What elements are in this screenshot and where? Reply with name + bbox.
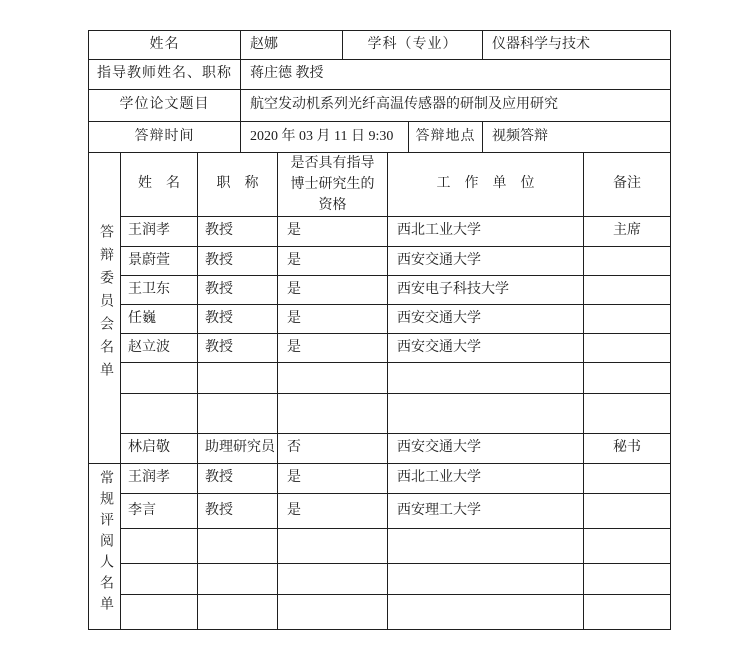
- member-unit: 西安交通大学: [388, 434, 584, 464]
- reviewer-name: [121, 595, 198, 630]
- member-phd: 是: [278, 217, 388, 247]
- member-name: 赵立波: [121, 334, 198, 363]
- member-unit: 西安电子科技大学: [388, 276, 584, 305]
- committee-row: 赵立波 教授 是 西安交通大学: [89, 334, 671, 363]
- committee-section-label-cell: 答辩委员会名单: [89, 153, 121, 464]
- member-unit: 西安交通大学: [388, 334, 584, 363]
- committee-row: 王润孝 教授 是 西北工业大学 主席: [89, 217, 671, 247]
- reviewer-name: [121, 529, 198, 564]
- reviewers-section-label-cell: 常规评阅人名单: [89, 464, 121, 630]
- member-name: 林启敬: [121, 434, 198, 464]
- member-phd: 是: [278, 276, 388, 305]
- reviewer-title: [198, 595, 278, 630]
- reviewer-phd: [278, 595, 388, 630]
- col-header-remark: 备注: [584, 153, 671, 217]
- reviewer-unit: [388, 564, 584, 595]
- member-phd: 是: [278, 334, 388, 363]
- committee-row: 景蔚萱 教授 是 西安交通大学: [89, 247, 671, 276]
- member-name: [121, 394, 198, 434]
- member-title: 教授: [198, 217, 278, 247]
- member-name: 王润孝: [121, 217, 198, 247]
- member-title: [198, 363, 278, 394]
- member-unit: [388, 363, 584, 394]
- reviewer-unit: [388, 529, 584, 564]
- member-unit: [388, 394, 584, 434]
- reviewer-remark: [584, 464, 671, 494]
- info-table: 姓名 赵娜 学科（专业） 仪器科学与技术 指导教师姓名、职称 蒋庄德 教授 学位…: [88, 30, 671, 153]
- reviewer-remark: [584, 529, 671, 564]
- member-remark: [584, 334, 671, 363]
- name-label: 姓名: [89, 31, 241, 60]
- member-title: 教授: [198, 247, 278, 276]
- member-phd: 是: [278, 305, 388, 334]
- member-remark: [584, 394, 671, 434]
- member-remark: [584, 363, 671, 394]
- reviewer-name: 李言: [121, 494, 198, 529]
- member-phd: [278, 363, 388, 394]
- reviewers-section-label: 常规评阅人名单: [95, 470, 114, 617]
- committee-section-label: 答辩委员会名单: [95, 224, 114, 385]
- member-title: 助理研究员: [198, 434, 278, 464]
- thesis-title-value: 航空发动机系列光纤高温传感器的研制及应用研究: [241, 90, 671, 122]
- defense-time-label: 答辩时间: [89, 122, 241, 153]
- reviewer-unit: [388, 595, 584, 630]
- member-phd: 否: [278, 434, 388, 464]
- name-value: 赵娜: [241, 31, 343, 60]
- info-row-thesis: 学位论文题目 航空发动机系列光纤高温传感器的研制及应用研究: [89, 90, 671, 122]
- col-header-name: 姓 名: [121, 153, 198, 217]
- member-title: 教授: [198, 276, 278, 305]
- defense-form: 姓名 赵娜 学科（专业） 仪器科学与技术 指导教师姓名、职称 蒋庄德 教授 学位…: [88, 30, 670, 630]
- member-unit: 西安交通大学: [388, 247, 584, 276]
- member-phd: 是: [278, 247, 388, 276]
- col-header-work-unit: 工 作 单 位: [388, 153, 584, 217]
- col-header-title: 职 称: [198, 153, 278, 217]
- committee-row: 林启敬 助理研究员 否 西安交通大学 秘书: [89, 434, 671, 464]
- reviewer-phd: 是: [278, 494, 388, 529]
- member-name: 景蔚萱: [121, 247, 198, 276]
- reviewer-row-empty: [89, 529, 671, 564]
- member-remark: 秘书: [584, 434, 671, 464]
- committee-header-row: 答辩委员会名单 姓 名 职 称 是否具有指导 博士研究生的 资格 工 作 单 位…: [89, 153, 671, 217]
- info-row-defense: 答辩时间 2020 年 03 月 11 日 9:30 答辩地点 视频答辩: [89, 122, 671, 153]
- committee-row: 任巍 教授 是 西安交通大学: [89, 305, 671, 334]
- advisor-label: 指导教师姓名、职称: [89, 60, 241, 90]
- reviewer-title: [198, 529, 278, 564]
- advisor-value: 蒋庄德 教授: [241, 60, 671, 90]
- member-phd: [278, 394, 388, 434]
- member-title: 教授: [198, 305, 278, 334]
- col-header-phd-qualification: 是否具有指导 博士研究生的 资格: [278, 153, 388, 217]
- committee-row-empty: [89, 363, 671, 394]
- reviewer-row-empty: [89, 564, 671, 595]
- member-name: 王卫东: [121, 276, 198, 305]
- discipline-label: 学科（专业）: [343, 31, 483, 60]
- reviewer-phd: [278, 564, 388, 595]
- reviewer-name: [121, 564, 198, 595]
- reviewer-phd: [278, 529, 388, 564]
- reviewer-unit: 西安理工大学: [388, 494, 584, 529]
- discipline-value: 仪器科学与技术: [483, 31, 671, 60]
- thesis-title-label: 学位论文题目: [89, 90, 241, 122]
- member-remark: [584, 247, 671, 276]
- committee-row: 王卫东 教授 是 西安电子科技大学: [89, 276, 671, 305]
- reviewer-remark: [584, 494, 671, 529]
- reviewer-title: 教授: [198, 464, 278, 494]
- reviewer-row: 李言 教授 是 西安理工大学: [89, 494, 671, 529]
- member-unit: 西北工业大学: [388, 217, 584, 247]
- member-unit: 西安交通大学: [388, 305, 584, 334]
- member-remark: [584, 276, 671, 305]
- reviewer-row-empty: [89, 595, 671, 630]
- committee-row-empty: [89, 394, 671, 434]
- member-name: 任巍: [121, 305, 198, 334]
- member-name: [121, 363, 198, 394]
- member-title: [198, 394, 278, 434]
- reviewer-remark: [584, 595, 671, 630]
- member-title: 教授: [198, 334, 278, 363]
- defense-time-value: 2020 年 03 月 11 日 9:30: [241, 122, 409, 153]
- reviewer-title: [198, 564, 278, 595]
- defense-place-label: 答辩地点: [409, 122, 483, 153]
- committee-table: 答辩委员会名单 姓 名 职 称 是否具有指导 博士研究生的 资格 工 作 单 位…: [88, 152, 671, 630]
- reviewer-name: 王润孝: [121, 464, 198, 494]
- reviewer-unit: 西北工业大学: [388, 464, 584, 494]
- reviewer-row: 常规评阅人名单 王润孝 教授 是 西北工业大学: [89, 464, 671, 494]
- reviewer-phd: 是: [278, 464, 388, 494]
- reviewer-remark: [584, 564, 671, 595]
- reviewer-title: 教授: [198, 494, 278, 529]
- member-remark: 主席: [584, 217, 671, 247]
- member-remark: [584, 305, 671, 334]
- defense-place-value: 视频答辩: [483, 122, 671, 153]
- info-row-name: 姓名 赵娜 学科（专业） 仪器科学与技术: [89, 31, 671, 60]
- info-row-advisor: 指导教师姓名、职称 蒋庄德 教授: [89, 60, 671, 90]
